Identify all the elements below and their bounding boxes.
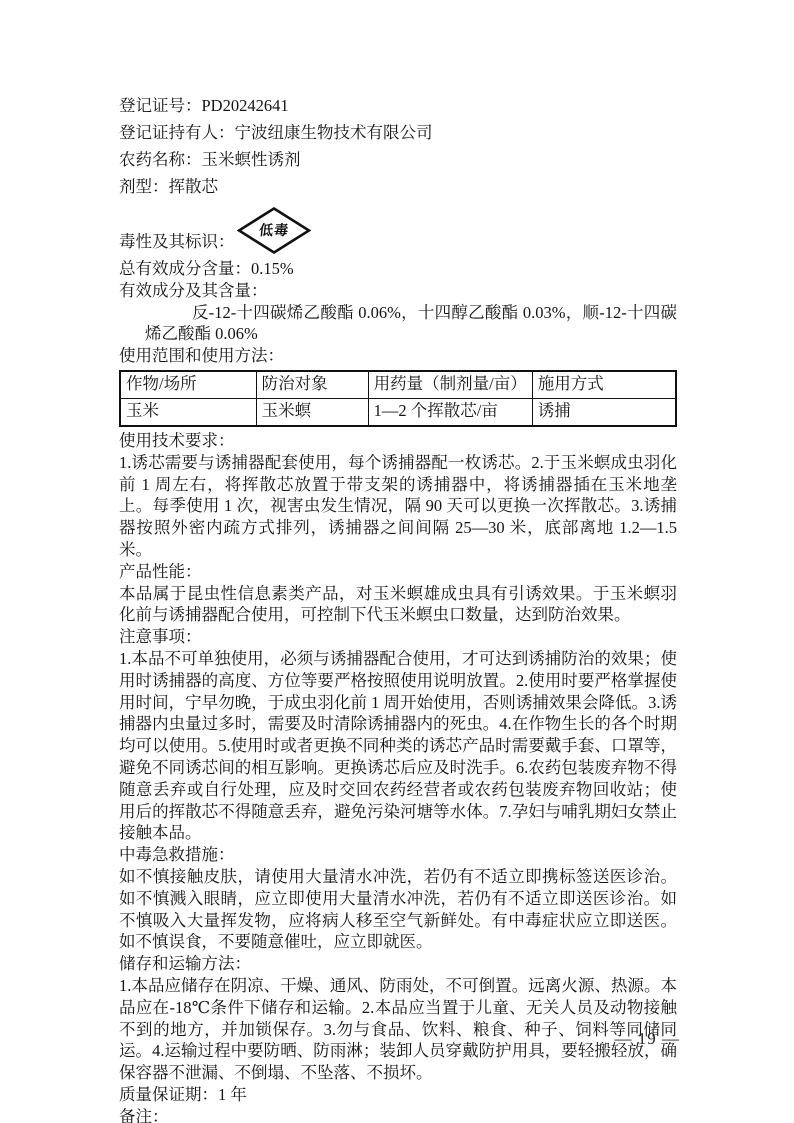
usage-table-cell-crop: 玉米	[120, 398, 256, 426]
total-content-value: 0.15%	[251, 259, 294, 278]
ingredients-value: 反-12-十四碳烯乙酸酯 0.06%，十四醇乙酸酯 0.03%，顺-12-十四碳…	[119, 302, 677, 346]
warranty-label: 质量保证期：	[119, 1085, 218, 1104]
formulation-line: 剂型：挥散芯	[119, 173, 677, 200]
formulation-label: 剂型：	[119, 177, 169, 196]
certificate-holder-value: 宁波纽康生物技术有限公司	[235, 123, 433, 142]
usage-table-cell-target: 玉米螟	[256, 398, 368, 426]
page-number: — 19 —	[615, 1029, 681, 1049]
usage-table-cell-dosage: 1—2 个挥散芯/亩	[368, 398, 532, 426]
usage-table-header-method: 施用方式	[532, 371, 676, 399]
precautions-heading: 注意事项：	[119, 626, 677, 648]
remarks-heading: 备注：	[119, 1106, 677, 1123]
first-aid-heading: 中毒急救措施：	[119, 844, 677, 866]
usage-table-header-crop: 作物/场所	[120, 371, 256, 399]
ingredients-heading: 有效成分及其含量：	[119, 280, 677, 302]
storage-text: 1.本品应储存在阴凉、干燥、通风、防雨处，不可倒置。远离火源、热源。本品应在-1…	[119, 975, 677, 1084]
certificate-holder-label: 登记证持有人：	[119, 123, 235, 142]
precautions-text: 1.本品不可单独使用，必须与诱捕器配合使用，才可达到诱捕防治的效果；使用时诱捕器…	[119, 648, 677, 844]
warranty-value: 1 年	[218, 1085, 247, 1104]
usage-table-header-target: 防治对象	[256, 371, 368, 399]
pesticide-name-value: 玉米螟性诱剂	[202, 150, 301, 169]
document-content: 登记证号：PD20242641 登记证持有人：宁波纽康生物技术有限公司 农药名称…	[119, 92, 677, 1123]
usage-scope-heading: 使用范围和使用方法：	[119, 345, 677, 367]
first-aid-text: 如不慎接触皮肤，请使用大量清水冲洗，若仍有不适立即携标签送医诊治。如不慎溅入眼睛…	[119, 866, 677, 953]
registration-number-label: 登记证号：	[119, 96, 202, 115]
usage-table: 作物/场所 防治对象 用药量（制剂量/亩） 施用方式 玉米 玉米螟 1—2 个挥…	[119, 370, 677, 427]
low-toxicity-icon-text: 低毒	[234, 208, 313, 255]
low-toxicity-icon: 低毒	[237, 207, 311, 254]
certificate-holder-line: 登记证持有人：宁波纽康生物技术有限公司	[119, 119, 677, 146]
usage-table-header-row: 作物/场所 防治对象 用药量（制剂量/亩） 施用方式	[120, 371, 676, 399]
registration-number-line: 登记证号：PD20242641	[119, 92, 677, 119]
registration-number-value: PD20242641	[202, 96, 289, 115]
pesticide-name-label: 农药名称：	[119, 150, 202, 169]
pesticide-name-line: 农药名称：玉米螟性诱剂	[119, 146, 677, 173]
performance-heading: 产品性能：	[119, 561, 677, 583]
tech-requirements-heading: 使用技术要求：	[119, 430, 677, 452]
storage-heading: 储存和运输方法：	[119, 953, 677, 975]
toxicity-label: 毒性及其标识：	[119, 230, 235, 254]
warranty-line: 质量保证期：1 年	[119, 1084, 677, 1106]
total-content-line: 总有效成分含量：0.15%	[119, 258, 677, 280]
toxicity-line: 毒性及其标识： 低毒	[119, 202, 677, 254]
formulation-value: 挥散芯	[169, 177, 219, 196]
document-page: 登记证号：PD20242641 登记证持有人：宁波纽康生物技术有限公司 农药名称…	[0, 0, 794, 1123]
usage-table-cell-method: 诱捕	[532, 398, 676, 426]
total-content-label: 总有效成分含量：	[119, 259, 251, 278]
usage-table-header-dosage: 用药量（制剂量/亩）	[368, 371, 532, 399]
usage-table-data-row: 玉米 玉米螟 1—2 个挥散芯/亩 诱捕	[120, 398, 676, 426]
performance-text: 本品属于昆虫性信息素类产品，对玉米螟雄成虫具有引诱效果。于玉米螟羽化前与诱捕器配…	[119, 583, 677, 627]
tech-requirements-text: 1.诱芯需要与诱捕器配套使用，每个诱捕器配一枚诱芯。2.于玉米螟成虫羽化前 1 …	[119, 452, 677, 561]
